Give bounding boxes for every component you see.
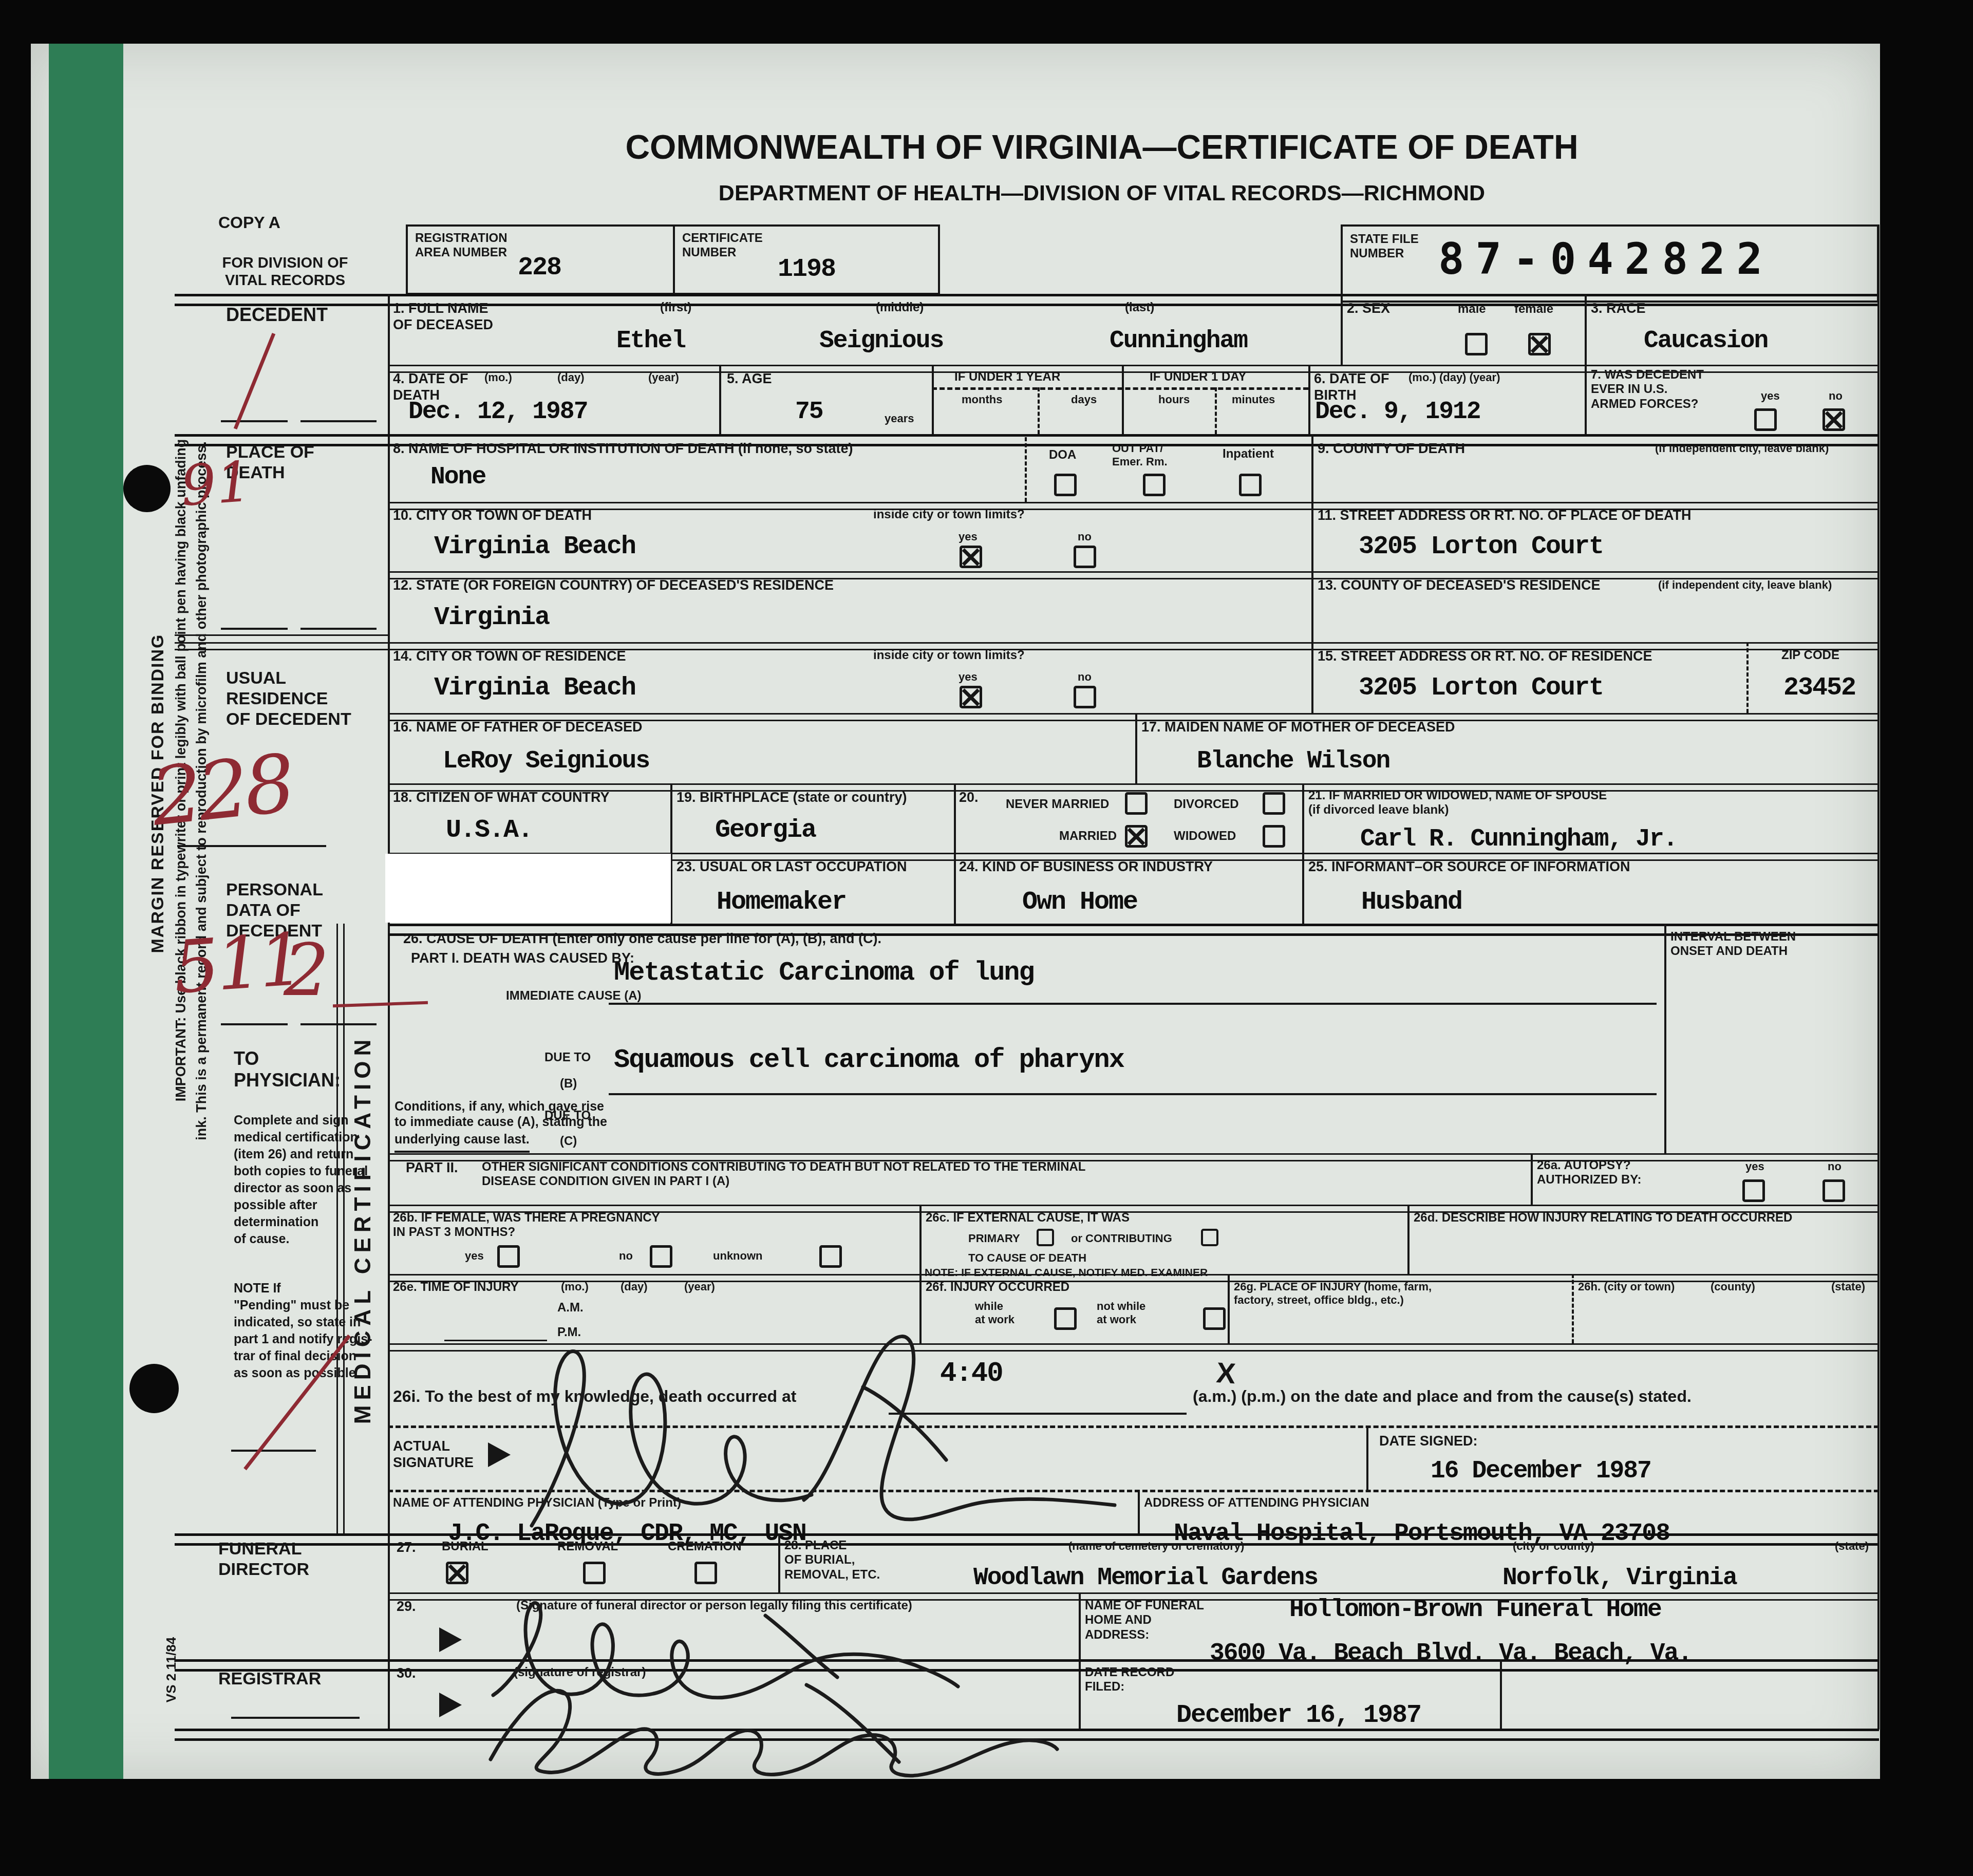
limits2-yes-checkbox bbox=[960, 686, 982, 708]
binding-strip bbox=[49, 44, 123, 1779]
box-divider bbox=[1228, 1274, 1230, 1343]
doa-label: DOA bbox=[1049, 448, 1076, 462]
state-hint: (state) bbox=[1835, 1540, 1869, 1553]
form-number: VS 2 11/84 bbox=[163, 1593, 179, 1747]
date-of-birth-value: Dec. 9, 1912 bbox=[1315, 400, 1480, 424]
female-label: female bbox=[1514, 302, 1553, 316]
months-label: months bbox=[962, 393, 1002, 406]
copy-a-label: COPY A bbox=[218, 213, 280, 233]
certificate-number-value: 1198 bbox=[673, 257, 940, 283]
divorced-label: DIVORCED bbox=[1174, 797, 1239, 812]
item-30-number: 30. bbox=[397, 1665, 416, 1682]
day-sublabel: (day) bbox=[557, 371, 585, 384]
funeral-home-label: NAME OF FUNERAL HOME AND ADDRESS: bbox=[1085, 1599, 1204, 1642]
informant-label: 25. INFORMANT–OR SOURCE OF INFORMATION bbox=[1308, 859, 1630, 875]
occupation-label: 23. USUAL OR LAST OCCUPATION bbox=[677, 859, 907, 875]
citizen-value: U.S.A. bbox=[446, 818, 532, 843]
dob-sublabels: (mo.) (day) (year) bbox=[1408, 371, 1500, 384]
form-right-border bbox=[1877, 224, 1880, 1730]
forces-yes-label: yes bbox=[1761, 389, 1780, 403]
injury-state-label: (state) bbox=[1831, 1280, 1865, 1293]
sex-label: 2. SEX bbox=[1347, 301, 1390, 317]
zip-divider bbox=[1746, 642, 1749, 713]
hospital-label: 8. NAME OF HOSPITAL OR INSTITUTION OF DE… bbox=[393, 441, 853, 457]
section-to-physician: TO PHYSICIAN: bbox=[234, 1048, 341, 1092]
autopsy-no-checkbox bbox=[1822, 1179, 1845, 1202]
blank-line bbox=[231, 1450, 316, 1452]
b-label: (B) bbox=[560, 1077, 577, 1091]
full-name-label: 1. FULL NAME OF DECEASED bbox=[393, 301, 493, 333]
citizen-label: 18. CITIZEN OF WHAT COUNTRY bbox=[393, 790, 610, 806]
immediate-cause-label: IMMEDIATE CAUSE (A) bbox=[506, 989, 642, 1003]
red-code-personal-b: 2 bbox=[284, 929, 329, 1012]
injury-desc-label: 26d. DESCRIBE HOW INJURY RELATING TO DEA… bbox=[1414, 1211, 1792, 1225]
time-of-injury-label: 26e. TIME OF INJURY bbox=[393, 1280, 519, 1295]
limits2-yes-label: yes bbox=[959, 670, 978, 684]
days-label: days bbox=[1071, 393, 1097, 406]
red-code-place-of-death: 91 bbox=[179, 449, 254, 518]
blank-line bbox=[300, 628, 377, 630]
business-value: Own Home bbox=[1022, 890, 1137, 915]
limits2-no-checkbox bbox=[1074, 686, 1096, 708]
not-while-at-work-label: not while at work bbox=[1097, 1300, 1145, 1326]
section-funeral-director: FUNERAL DIRECTOR bbox=[218, 1539, 309, 1580]
page-title: COMMONWEALTH OF VIRGINIA—CERTIFICATE OF … bbox=[614, 127, 1590, 166]
occupation-value: Homemaker bbox=[717, 890, 846, 915]
pregnancy-unknown-checkbox bbox=[819, 1245, 842, 1268]
am-label: A.M. bbox=[557, 1301, 584, 1315]
contributing-label: or CONTRIBUTING bbox=[1071, 1232, 1172, 1245]
blank-line bbox=[231, 1717, 360, 1719]
physician-signature bbox=[503, 1325, 1145, 1541]
physician-address-value: Naval Hospital, Portsmouth, VA 23708 bbox=[1174, 1522, 1669, 1546]
zip-value: 23452 bbox=[1783, 676, 1855, 701]
hospital-value: None bbox=[430, 465, 485, 490]
pregnancy-label: 26b. IF FEMALE, WAS THERE A PREGNANCY IN… bbox=[393, 1211, 660, 1240]
blank-line bbox=[221, 1023, 288, 1025]
cause-a-line bbox=[609, 1003, 1657, 1005]
injury-occurred-label: 26f. INJURY OCCURRED bbox=[926, 1280, 1069, 1295]
outpatient-checkbox bbox=[1143, 474, 1166, 496]
female-checkbox bbox=[1528, 333, 1551, 355]
father-label: 16. NAME OF FATHER OF DECEASED bbox=[393, 719, 643, 736]
city-of-death-label: 10. CITY OR TOWN OF DEATH bbox=[393, 508, 592, 524]
limits-yes-label: yes bbox=[959, 530, 978, 543]
state-residence-value: Virginia bbox=[434, 605, 549, 631]
box-divider bbox=[719, 365, 721, 435]
informant-value: Husband bbox=[1361, 890, 1462, 915]
age-label: 5. AGE bbox=[727, 371, 772, 387]
inpatient-label: Inpatient bbox=[1223, 447, 1274, 461]
item-27-number: 27. bbox=[397, 1540, 416, 1556]
box-divider bbox=[932, 365, 934, 435]
limits-yes-checkbox bbox=[960, 546, 982, 568]
state-residence-label: 12. STATE (OR FOREIGN COUNTRY) OF DECEAS… bbox=[393, 577, 834, 594]
forces-yes-checkbox bbox=[1754, 408, 1777, 431]
minutes-label: minutes bbox=[1232, 393, 1275, 406]
county-hint: (if independent city, leave blank) bbox=[1655, 442, 1829, 455]
limits-no-checkbox bbox=[1074, 546, 1096, 568]
blank-line bbox=[300, 420, 377, 422]
race-label: 3. RACE bbox=[1591, 301, 1646, 317]
name-first-value: Ethel bbox=[616, 329, 685, 353]
birthplace-label: 19. BIRTHPLACE (state or country) bbox=[677, 790, 907, 806]
married-checkbox bbox=[1125, 825, 1148, 848]
scanned-death-certificate: MARGIN RESERVED FOR BINDING IMPORTANT: U… bbox=[0, 0, 1973, 1876]
external-cause-label: 26c. IF EXTERNAL CAUSE, IT WAS bbox=[926, 1211, 1130, 1225]
registrar-signature bbox=[478, 1664, 1084, 1788]
last-sublabel: (last) bbox=[1125, 301, 1154, 315]
divorced-checkbox bbox=[1263, 792, 1285, 815]
item-29-number: 29. bbox=[397, 1599, 416, 1615]
removal-checkbox bbox=[583, 1562, 606, 1584]
mother-value: Blanche Wilson bbox=[1197, 749, 1389, 774]
middle-sublabel: (middle) bbox=[876, 301, 924, 315]
funeral-home-name: Hollomon-Brown Funeral Home bbox=[1289, 1598, 1661, 1622]
city-residence-value: Virginia Beach bbox=[434, 676, 635, 701]
conditions-note-underlined: underlying cause last. bbox=[394, 1132, 530, 1153]
part2-text: OTHER SIGNIFICANT CONDITIONS CONTRIBUTIN… bbox=[482, 1160, 1086, 1189]
place-of-injury-label: 26g. PLACE OF INJURY (home, farm, factor… bbox=[1234, 1280, 1432, 1307]
dashed-divider bbox=[1572, 1274, 1574, 1343]
date-signed-divider bbox=[1366, 1425, 1368, 1490]
section-usual-residence: USUAL RESIDENCE OF DECEDENT bbox=[226, 668, 351, 729]
to-cause-label: TO CAUSE OF DEATH bbox=[968, 1251, 1086, 1265]
part2-label: PART II. bbox=[406, 1160, 458, 1176]
hours-label: hours bbox=[1158, 393, 1190, 406]
box-divider bbox=[1135, 713, 1137, 783]
cause-b-line bbox=[609, 1093, 1657, 1095]
tyear-label: (year) bbox=[684, 1280, 715, 1293]
date-signed-value: 16 December 1987 bbox=[1431, 1459, 1651, 1484]
primary-checkbox bbox=[1037, 1229, 1054, 1246]
injury-county-label: (county) bbox=[1711, 1280, 1755, 1293]
city-of-death-value: Virginia Beach bbox=[434, 534, 635, 560]
dashed-line bbox=[932, 387, 1308, 390]
due-to-c-label: DUE TO bbox=[544, 1109, 591, 1123]
pregnancy-unknown-label: unknown bbox=[713, 1249, 763, 1263]
redaction-box bbox=[385, 854, 671, 923]
spouse-value: Carl R. Cunningham, Jr. bbox=[1360, 827, 1677, 852]
male-checkbox bbox=[1465, 333, 1488, 355]
tday-label: (day) bbox=[621, 1280, 648, 1293]
dashed-divider bbox=[1025, 437, 1027, 502]
while-at-work-label: while at work bbox=[975, 1300, 1014, 1326]
date-filed-label: DATE RECORD FILED: bbox=[1085, 1665, 1174, 1695]
pregnancy-no-checkbox bbox=[650, 1245, 672, 1268]
signature-arrow-icon bbox=[439, 1693, 462, 1717]
autopsy-yes-checkbox bbox=[1742, 1179, 1765, 1202]
am-strikeout-x: X bbox=[1215, 1356, 1237, 1391]
father-value: LeRoy Seignious bbox=[443, 749, 649, 774]
page-subtitle: DEPARTMENT OF HEALTH—DIVISION OF VITAL R… bbox=[614, 181, 1590, 206]
burial-checkbox bbox=[446, 1562, 468, 1584]
box-divider bbox=[1500, 1659, 1502, 1729]
autopsy-no-label: no bbox=[1828, 1160, 1842, 1173]
certificate-number-label: CERTIFICATE NUMBER bbox=[682, 231, 763, 260]
burial-city-value: Norfolk, Virginia bbox=[1502, 1566, 1737, 1590]
county-of-death-label: 9. COUNTY OF DEATH bbox=[1318, 441, 1465, 457]
state-file-label: STATE FILE NUMBER bbox=[1350, 232, 1419, 261]
section-registrar: REGISTRAR bbox=[218, 1668, 321, 1689]
mo-sublabel: (mo.) bbox=[484, 371, 512, 384]
physician-address-label: ADDRESS OF ATTENDING PHYSICIAN bbox=[1144, 1496, 1369, 1510]
male-label: male bbox=[1458, 302, 1486, 316]
forces-no-label: no bbox=[1829, 389, 1843, 403]
name-middle-value: Seignious bbox=[819, 329, 943, 353]
widowed-label: WIDOWED bbox=[1174, 829, 1236, 843]
date-signed-label: DATE SIGNED: bbox=[1379, 1433, 1478, 1450]
burial-place-value: Woodlawn Memorial Gardens bbox=[973, 1566, 1318, 1590]
first-sublabel: (first) bbox=[660, 301, 691, 315]
limits-no-label: no bbox=[1078, 530, 1092, 543]
box-divider bbox=[1341, 294, 1343, 366]
physician-pending-note: NOTE If "Pending" must be indicated, so … bbox=[234, 1280, 372, 1382]
street-residence-value: 3205 Lorton Court bbox=[1359, 676, 1603, 701]
inpatient-checkbox bbox=[1239, 474, 1262, 496]
county-residence-hint: (if independent city, leave blank) bbox=[1658, 578, 1832, 592]
never-married-label: NEVER MARRIED bbox=[1006, 797, 1109, 812]
doa-checkbox bbox=[1054, 474, 1077, 496]
row-line bbox=[388, 783, 1879, 792]
age-value: 75 bbox=[795, 400, 823, 424]
race-value: Caucasion bbox=[1644, 329, 1768, 353]
dashed-divider bbox=[1038, 387, 1040, 434]
funeral-home-address: 3600 Va. Beach Blvd. Va. Beach, Va. bbox=[1210, 1641, 1692, 1666]
inside-limits-label: inside city or town limits? bbox=[873, 508, 1025, 522]
limits2-no-label: no bbox=[1078, 670, 1092, 684]
state-file-value: 87-042822 bbox=[1438, 237, 1774, 280]
cause-of-death-label: 26. CAUSE OF DEATH (Enter only one cause… bbox=[403, 931, 881, 947]
part1-label: PART I. DEATH WAS CAUSED BY: bbox=[411, 950, 634, 967]
primary-label: PRIMARY bbox=[968, 1232, 1020, 1245]
tmo-label: (mo.) bbox=[561, 1280, 589, 1293]
external-note: NOTE: IF EXTERNAL CAUSE, NOTIFY MED. EXA… bbox=[925, 1267, 1208, 1280]
year-sublabel: (year) bbox=[648, 371, 679, 384]
county-residence-label: 13. COUNTY OF DECEASED'S RESIDENCE bbox=[1318, 577, 1601, 594]
date-filed-value: December 16, 1987 bbox=[1176, 1703, 1421, 1729]
injury-city-label: 26h. (city or town) bbox=[1578, 1280, 1675, 1293]
business-label: 24. KIND OF BUSINESS OR INDUSTRY bbox=[959, 859, 1213, 875]
never-married-checkbox bbox=[1125, 792, 1148, 815]
actual-signature-label: ACTUAL SIGNATURE bbox=[393, 1438, 474, 1471]
interval-label: INTERVAL BETWEEN ONSET AND DEATH bbox=[1670, 930, 1796, 959]
signature-arrow-icon bbox=[439, 1627, 462, 1652]
street-of-death-label: 11. STREET ADDRESS OR RT. NO. OF PLACE O… bbox=[1318, 508, 1692, 524]
interval-box-border bbox=[1664, 924, 1666, 1153]
date-of-death-value: Dec. 12, 1987 bbox=[408, 400, 587, 424]
street-residence-label: 15. STREET ADDRESS OR RT. NO. OF RESIDEN… bbox=[1318, 648, 1652, 665]
under-1-year-label: IF UNDER 1 YEAR bbox=[954, 370, 1060, 384]
ampm-statement: (a.m.) (p.m.) on the date and place and … bbox=[1193, 1387, 1692, 1406]
c-label: (C) bbox=[560, 1134, 577, 1149]
cause-b-value: Squamous cell carcinoma of pharynx bbox=[614, 1047, 1124, 1074]
punch-hole-bottom bbox=[129, 1364, 179, 1413]
married-label: MARRIED bbox=[1059, 829, 1117, 843]
widowed-checkbox bbox=[1263, 825, 1285, 848]
city-residence-label: 14. CITY OR TOWN OF RESIDENCE bbox=[393, 648, 626, 665]
armed-forces-label: 7. WAS DECEDENT EVER IN U.S. ARMED FORCE… bbox=[1591, 368, 1704, 411]
pregnancy-yes-checkbox bbox=[497, 1245, 520, 1268]
zip-label: ZIP CODE bbox=[1781, 648, 1839, 663]
birthplace-value: Georgia bbox=[715, 818, 816, 843]
inside-limits-label-2: inside city or town limits? bbox=[873, 648, 1025, 663]
box-divider bbox=[1122, 365, 1124, 435]
not-while-at-work-checkbox bbox=[1203, 1307, 1226, 1330]
section-decedent: DECEDENT bbox=[226, 304, 328, 326]
street-of-death-value: 3205 Lorton Court bbox=[1359, 534, 1603, 560]
due-to-b-label: DUE TO bbox=[544, 1050, 591, 1065]
blank-line bbox=[221, 420, 288, 422]
contributing-checkbox bbox=[1201, 1229, 1218, 1246]
pregnancy-yes-label: yes bbox=[465, 1249, 484, 1263]
box-divider bbox=[1407, 1205, 1410, 1274]
pregnancy-no-label: no bbox=[619, 1249, 633, 1263]
for-division-label: FOR DIVISION OF VITAL RECORDS bbox=[200, 254, 370, 289]
cremation-checkbox bbox=[694, 1562, 717, 1584]
name-last-value: Cunningham bbox=[1110, 329, 1247, 353]
spouse-label: 21. IF MARRIED OR WIDOWED, NAME OF SPOUS… bbox=[1308, 789, 1607, 818]
autopsy-divider bbox=[1531, 1153, 1533, 1205]
blank-line bbox=[221, 628, 288, 630]
registration-area-value: 228 bbox=[406, 255, 673, 281]
physician-instructions: Complete and sign medical certification … bbox=[234, 1112, 368, 1248]
box-divider bbox=[1308, 365, 1310, 435]
under-1-day-label: IF UNDER 1 DAY bbox=[1150, 370, 1246, 384]
cause-a-value: Metastatic Carcinoma of lung bbox=[614, 960, 1034, 986]
mother-label: 17. MAIDEN NAME OF MOTHER OF DECEASED bbox=[1141, 719, 1455, 736]
outpatient-label: OUT PAT/ Emer. Rm. bbox=[1112, 442, 1168, 468]
autopsy-yes-label: yes bbox=[1745, 1160, 1764, 1173]
forces-no-checkbox bbox=[1822, 408, 1845, 431]
autopsy-label: 26a. AUTOPSY? AUTHORIZED BY: bbox=[1537, 1158, 1642, 1188]
dashed-divider bbox=[1215, 387, 1217, 434]
red-code-residence: 228 bbox=[147, 737, 295, 843]
years-label: years bbox=[885, 412, 914, 425]
marital-label: 20. bbox=[959, 790, 979, 806]
